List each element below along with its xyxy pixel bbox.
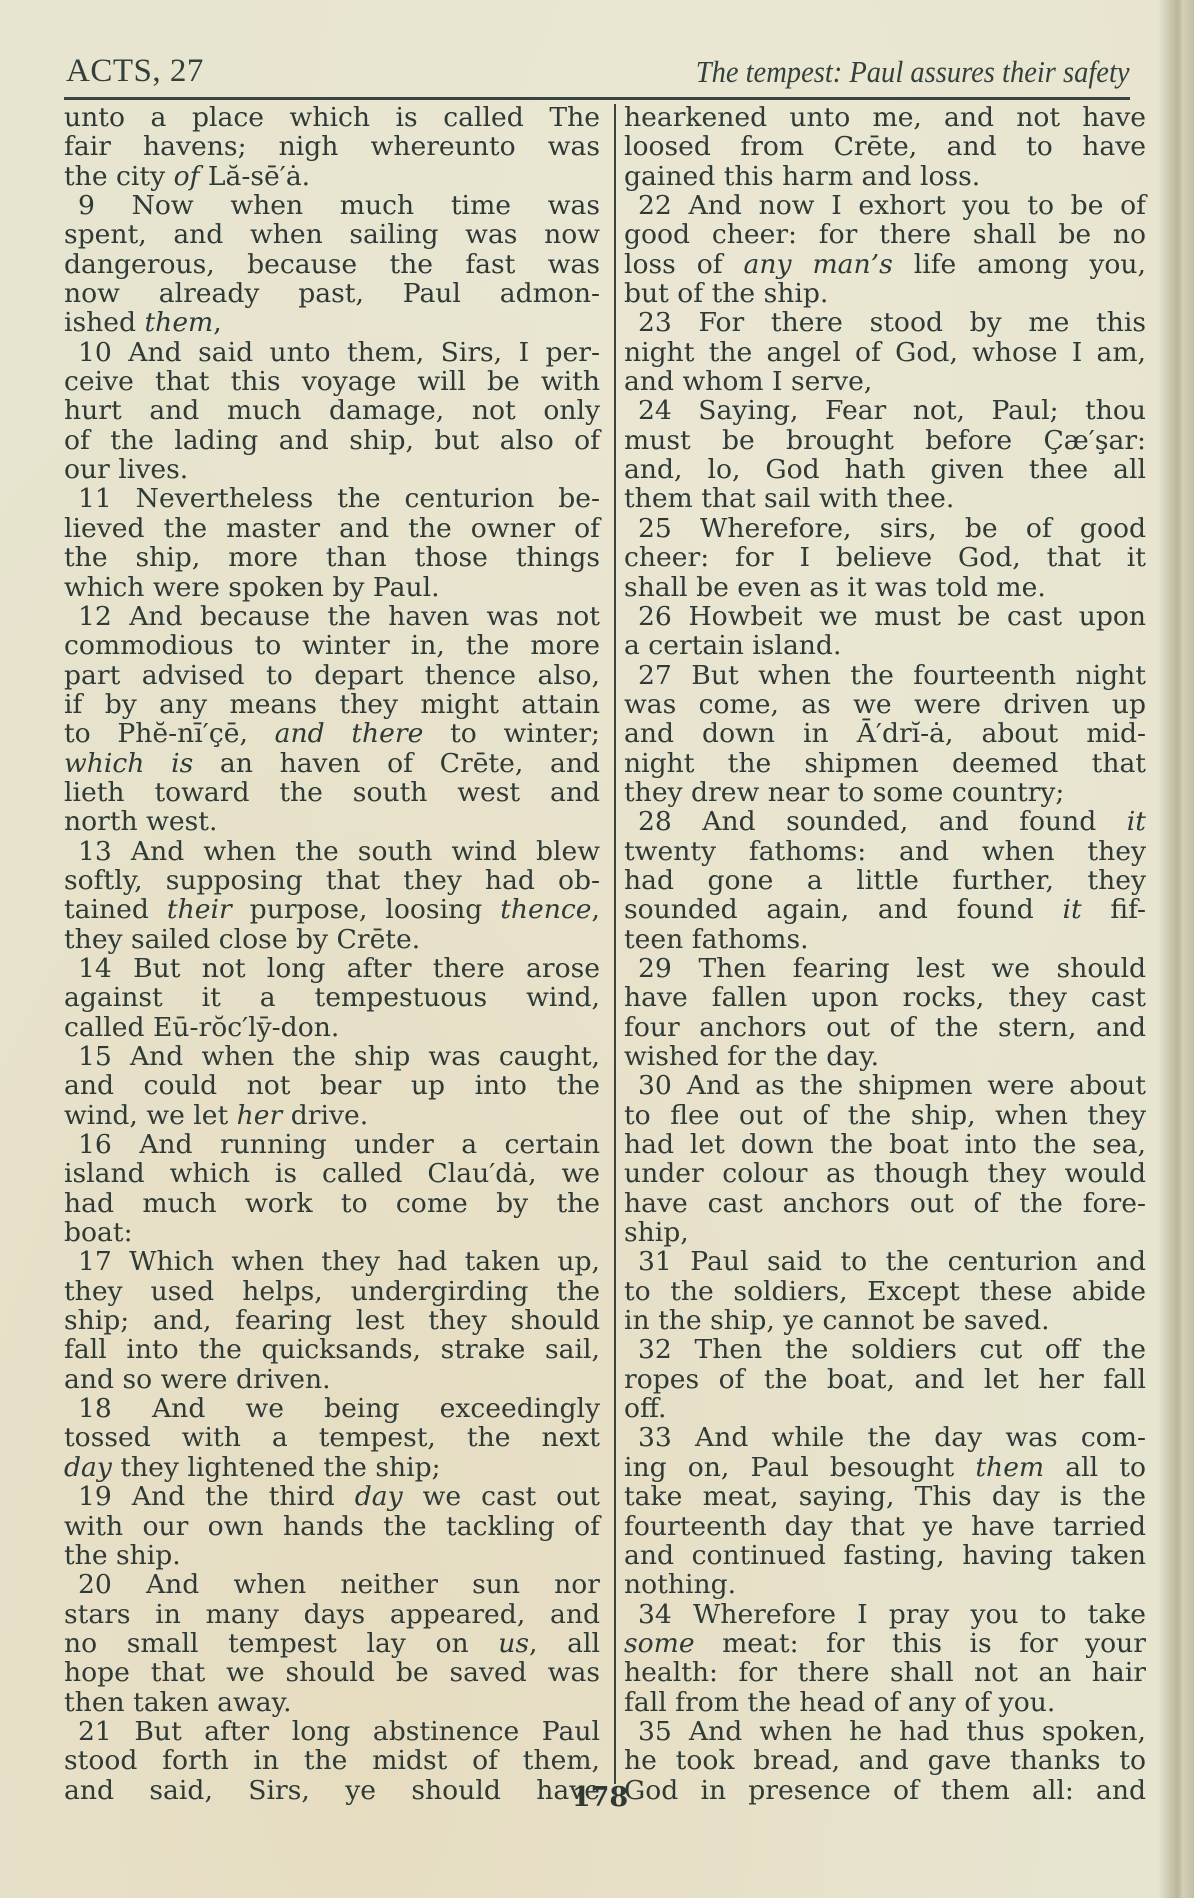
text-line: and, lo, God hath given thee all: [624, 455, 1146, 484]
text-line: fourteenth day that ye have tarried: [624, 1512, 1146, 1541]
text-line: they drew near to some country;: [624, 778, 1146, 807]
text-line: gained this harm and loss.: [624, 162, 1146, 191]
verse-start-line: 21 But after long abstinence Paul: [64, 1717, 600, 1746]
verse-start-line: 35 And when he had thus spoken,: [624, 1717, 1146, 1746]
text-line: wished for the day.: [624, 1042, 1146, 1071]
verse-start-line: 24 Saying, Fear not, Paul; thou: [624, 396, 1146, 425]
verse-start-line: 34 Wherefore I pray you to take: [624, 1600, 1146, 1629]
verse-start-line: 10 And said unto them, Sirs, I per-: [64, 338, 600, 367]
text-line: if by any means they might attain: [64, 690, 600, 719]
text-line: off.: [624, 1394, 1146, 1423]
italic-supplied-word: any man’s: [744, 249, 893, 280]
verse-start-line: 18 And we being exceedingly: [64, 1394, 600, 1423]
text-line: them that sail with thee.: [624, 484, 1146, 513]
text-line: loosed from Crēte, and to have: [624, 132, 1146, 161]
text-line: ceive that this voyage will be with: [64, 367, 600, 396]
text-line: of the lading and ship, but also of: [64, 426, 600, 455]
verse-start-line: 12 And because the haven was not: [64, 602, 600, 631]
verse-start-line: 22 And now I exhort you to be of: [624, 191, 1146, 220]
header-rule: [64, 97, 1130, 100]
book-gutter-shadow: [1158, 0, 1194, 1898]
italic-supplied-word: their: [167, 894, 232, 925]
text-line: health: for there shall not an hair: [624, 1658, 1146, 1687]
text-line: nothing.: [624, 1570, 1146, 1599]
text-line: teen fathoms.: [624, 925, 1146, 954]
text-line: lieth toward the south west and: [64, 778, 600, 807]
italic-supplied-word: them: [145, 307, 214, 338]
italic-supplied-word: her: [237, 1100, 283, 1131]
text-line: ished them,: [64, 308, 600, 337]
italic-supplied-word: us: [498, 1628, 529, 1659]
text-line: commodious to winter in, the more: [64, 631, 600, 660]
text-line: and whom I serve,: [624, 367, 1146, 396]
italic-supplied-word: day: [355, 1481, 403, 1512]
text-line: four anchors out of the stern, and: [624, 1013, 1146, 1042]
text-line: part advised to depart thence also,: [64, 661, 600, 690]
text-line: softly, supposing that they had ob-: [64, 866, 600, 895]
text-line: had let down the boat into the sea,: [624, 1130, 1146, 1159]
text-line: and could not bear up into the: [64, 1071, 600, 1100]
text-line: which is an haven of Crēte, and: [64, 749, 600, 778]
text-line: under colour as though they would: [624, 1159, 1146, 1188]
italic-supplied-word: day: [64, 1452, 112, 1483]
text-line: hurt and much damage, not only: [64, 396, 600, 425]
text-line: he took bread, and gave thanks to: [624, 1746, 1146, 1775]
text-line: cheer: for I believe God, that it: [624, 543, 1146, 572]
text-line: stood forth in the midst of them,: [64, 1746, 600, 1775]
text-line: sounded again, and found it fif-: [624, 895, 1146, 924]
text-line: with our own hands the tackling of: [64, 1512, 600, 1541]
text-line: lieved the master and the owner of: [64, 514, 600, 543]
verse-start-line: 27 But when the fourteenth night: [624, 661, 1146, 690]
verse-start-line: 26 Howbeit we must be cast upon: [624, 602, 1146, 631]
text-line: island which is called Clau′dȧ, we: [64, 1159, 600, 1188]
italic-supplied-word: it: [1062, 894, 1081, 925]
left-column: unto a place which is called Thefair hav…: [64, 103, 600, 1805]
running-title: The tempest: Paul assures their safety: [696, 54, 1130, 90]
text-line: fall from the head of any of you.: [624, 1688, 1146, 1717]
text-line: the ship.: [64, 1541, 600, 1570]
right-column: hearkened unto me, and not haveloosed fr…: [624, 103, 1146, 1805]
text-line: tossed with a tempest, the next: [64, 1423, 600, 1452]
verse-start-line: 20 And when neither sun nor: [64, 1570, 600, 1599]
text-line: ropes of the boat, and let her fall: [624, 1365, 1146, 1394]
text-line: night the shipmen deemed that: [624, 749, 1146, 778]
italic-supplied-word: thence: [500, 894, 591, 925]
book-chapter-heading: ACTS, 27: [66, 53, 204, 90]
column-divider: [614, 104, 616, 1784]
verse-start-line: 33 And while the day was com-: [624, 1423, 1146, 1452]
verse-start-line: 32 Then the soldiers cut off the: [624, 1335, 1146, 1364]
text-line: boat:: [64, 1218, 600, 1247]
text-line: ship; and, fearing lest they should: [64, 1306, 600, 1335]
text-line: had gone a little further, they: [624, 866, 1146, 895]
text-line: to Phĕ-nī′çē, and there to winter;: [64, 719, 600, 748]
text-line: then taken away.: [64, 1688, 600, 1717]
text-line: good cheer: for there shall be no: [624, 220, 1146, 249]
text-line: to the soldiers, Except these abide: [624, 1277, 1146, 1306]
text-line: twenty fathoms: and when they: [624, 837, 1146, 866]
verse-start-line: 28 And sounded, and found it: [624, 807, 1146, 836]
text-line: must be brought before Çæ′şar:: [624, 426, 1146, 455]
text-line: have cast anchors out of the fore-: [624, 1189, 1146, 1218]
text-line: spent, and when sailing was now: [64, 220, 600, 249]
text-line: they sailed close by Crēte.: [64, 925, 600, 954]
text-line: now already past, Paul admon-: [64, 279, 600, 308]
text-line: north west.: [64, 807, 600, 836]
text-line: to flee out of the ship, when they: [624, 1101, 1146, 1130]
text-line: wind, we let her drive.: [64, 1101, 600, 1130]
text-line: stars in many days appeared, and: [64, 1600, 600, 1629]
text-line: unto a place which is called The: [64, 103, 600, 132]
text-line: against it a tempestuous wind,: [64, 983, 600, 1012]
italic-supplied-word: which is: [64, 748, 193, 779]
italic-supplied-word: them: [975, 1452, 1044, 1483]
verse-start-line: 29 Then fearing lest we should: [624, 954, 1146, 983]
text-line: a certain island.: [624, 631, 1146, 660]
text-line: was come, as we were driven up: [624, 690, 1146, 719]
text-line: God in presence of them all: and: [624, 1776, 1146, 1805]
text-line: night the angel of God, whose I am,: [624, 338, 1146, 367]
text-line: and down in Ā′drĭ-ȧ, about mid-: [624, 719, 1146, 748]
page-number: 178: [560, 1782, 640, 1813]
italic-supplied-word: it: [1127, 806, 1146, 837]
text-line: they used helps, undergirding the: [64, 1277, 600, 1306]
verse-start-line: 16 And running under a certain: [64, 1130, 600, 1159]
verse-start-line: 9 Now when much time was: [64, 191, 600, 220]
verse-start-line: 31 Paul said to the centurion and: [624, 1247, 1146, 1276]
italic-supplied-word: of: [174, 161, 200, 192]
verse-start-line: 19 And the third day we cast out: [64, 1482, 600, 1511]
verse-start-line: 11 Nevertheless the centurion be-: [64, 484, 600, 513]
text-line: ship,: [624, 1218, 1146, 1247]
text-line: some meat: for this is for your: [624, 1629, 1146, 1658]
text-line: no small tempest lay on us, all: [64, 1629, 600, 1658]
text-line: fair havens; nigh whereunto was: [64, 132, 600, 161]
text-line: which were spoken by Paul.: [64, 573, 600, 602]
text-line: tained their purpose, loosing thence,: [64, 895, 600, 924]
book-page: ACTS, 27 The tempest: Paul assures their…: [0, 0, 1194, 1898]
text-line: and said, Sirs, ye should have: [64, 1776, 600, 1805]
text-line: take meat, saying, This day is the: [624, 1482, 1146, 1511]
verse-start-line: 17 Which when they had taken up,: [64, 1247, 600, 1276]
text-line: and so were driven.: [64, 1365, 600, 1394]
verse-start-line: 14 But not long after there arose: [64, 954, 600, 983]
verse-start-line: 23 For there stood by me this: [624, 308, 1146, 337]
text-line: hope that we should be saved was: [64, 1658, 600, 1687]
text-line: hearkened unto me, and not have: [624, 103, 1146, 132]
running-header: ACTS, 27 The tempest: Paul assures their…: [66, 46, 1130, 90]
text-line: called Eū-rŏc′lȳ-don.: [64, 1013, 600, 1042]
text-line: have fallen upon rocks, they cast: [624, 983, 1146, 1012]
text-line: ing on, Paul besought them all to: [624, 1453, 1146, 1482]
text-line: fall into the quicksands, strake sail,: [64, 1335, 600, 1364]
text-line: in the ship, ye cannot be saved.: [624, 1306, 1146, 1335]
text-line: the ship, more than those things: [64, 543, 600, 572]
text-line: shall be even as it was told me.: [624, 573, 1146, 602]
verse-start-line: 15 And when the ship was caught,: [64, 1042, 600, 1071]
text-line: had much work to come by the: [64, 1189, 600, 1218]
text-line: day they lightened the ship;: [64, 1453, 600, 1482]
italic-supplied-word: some: [624, 1628, 695, 1659]
verse-start-line: 30 And as the shipmen were about: [624, 1071, 1146, 1100]
text-line: but of the ship.: [624, 279, 1146, 308]
text-line: our lives.: [64, 455, 600, 484]
text-line: loss of any man’s life among you,: [624, 250, 1146, 279]
text-line: and continued fasting, having taken: [624, 1541, 1146, 1570]
verse-start-line: 25 Wherefore, sirs, be of good: [624, 514, 1146, 543]
verse-start-line: 13 And when the south wind blew: [64, 837, 600, 866]
text-line: dangerous, because the fast was: [64, 250, 600, 279]
text-line: the city of Lă-sē′ȧ.: [64, 162, 600, 191]
italic-supplied-word: and there: [275, 718, 424, 749]
